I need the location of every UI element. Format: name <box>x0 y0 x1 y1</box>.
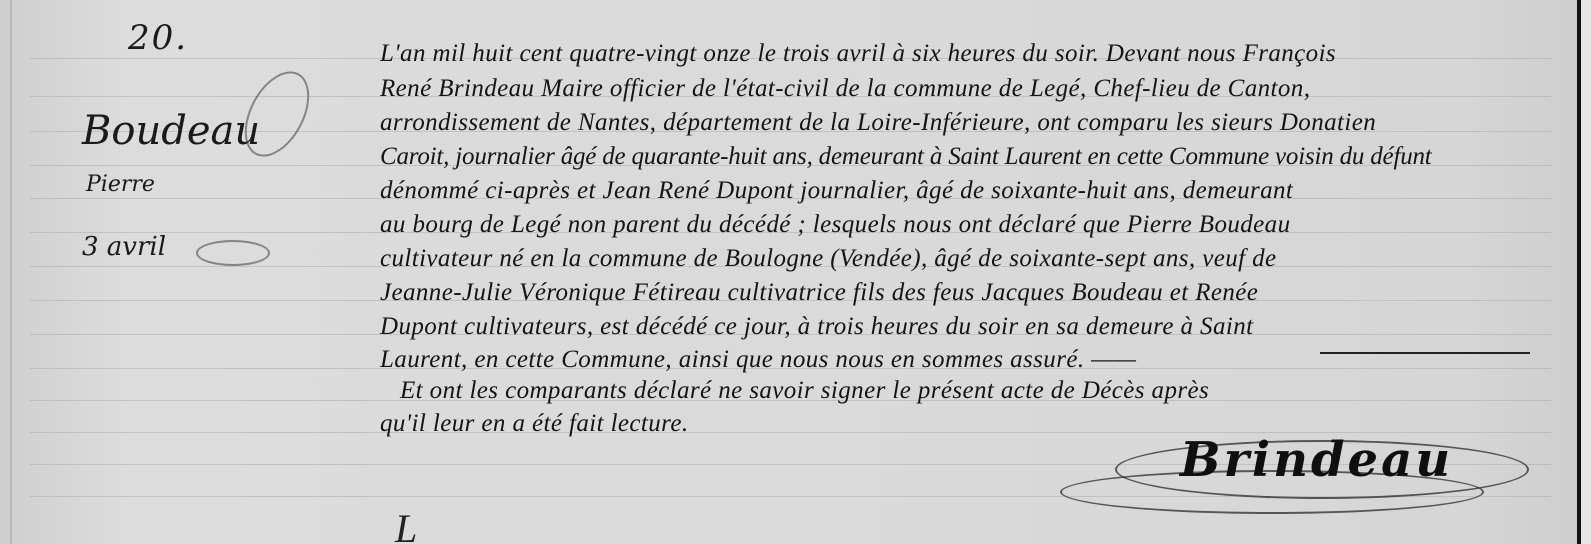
margin-given-name: Pierre <box>86 172 155 197</box>
line-filler-dash <box>1320 352 1530 354</box>
body-line: cultivateur né en la commune de Boulogne… <box>380 245 1277 273</box>
page-edge <box>1581 0 1591 544</box>
body-line: René Brindeau Maire officier de l'état-c… <box>380 75 1310 103</box>
body-line: au bourg de Legé non parent du décédé ; … <box>380 211 1290 239</box>
next-entry-start: L <box>395 505 417 544</box>
mayor-signature: Brindeau <box>1180 432 1453 488</box>
register-page: 20. Boudeau Pierre 3 avril L'an mil huit… <box>0 0 1591 544</box>
body-line: qu'il leur en a été fait lecture. <box>380 410 689 438</box>
body-line: arrondissement de Nantes, département de… <box>380 109 1376 137</box>
margin-surname: Boudeau <box>82 108 260 154</box>
body-line: L'an mil huit cent quatre-vingt onze le … <box>380 40 1336 68</box>
body-line: Et ont les comparants déclaré ne savoir … <box>400 377 1209 405</box>
body-line: dénommé ci-après et Jean René Dupont jou… <box>380 177 1293 205</box>
flourish-icon <box>196 240 270 266</box>
body-line: Jeanne-Julie Véronique Fétireau cultivat… <box>380 279 1258 307</box>
body-line: Caroit, journalier âgé de quarante-huit … <box>380 143 1432 171</box>
body-line: Dupont cultivateurs, est décédé ce jour,… <box>380 313 1253 341</box>
body-line: Laurent, en cette Commune, ainsi que nou… <box>380 346 1136 374</box>
binding-edge <box>1577 0 1581 544</box>
margin-date: 3 avril <box>82 232 166 262</box>
entry-number: 20. <box>128 18 188 58</box>
margin-column: 20. Boudeau Pierre 3 avril <box>0 0 370 544</box>
